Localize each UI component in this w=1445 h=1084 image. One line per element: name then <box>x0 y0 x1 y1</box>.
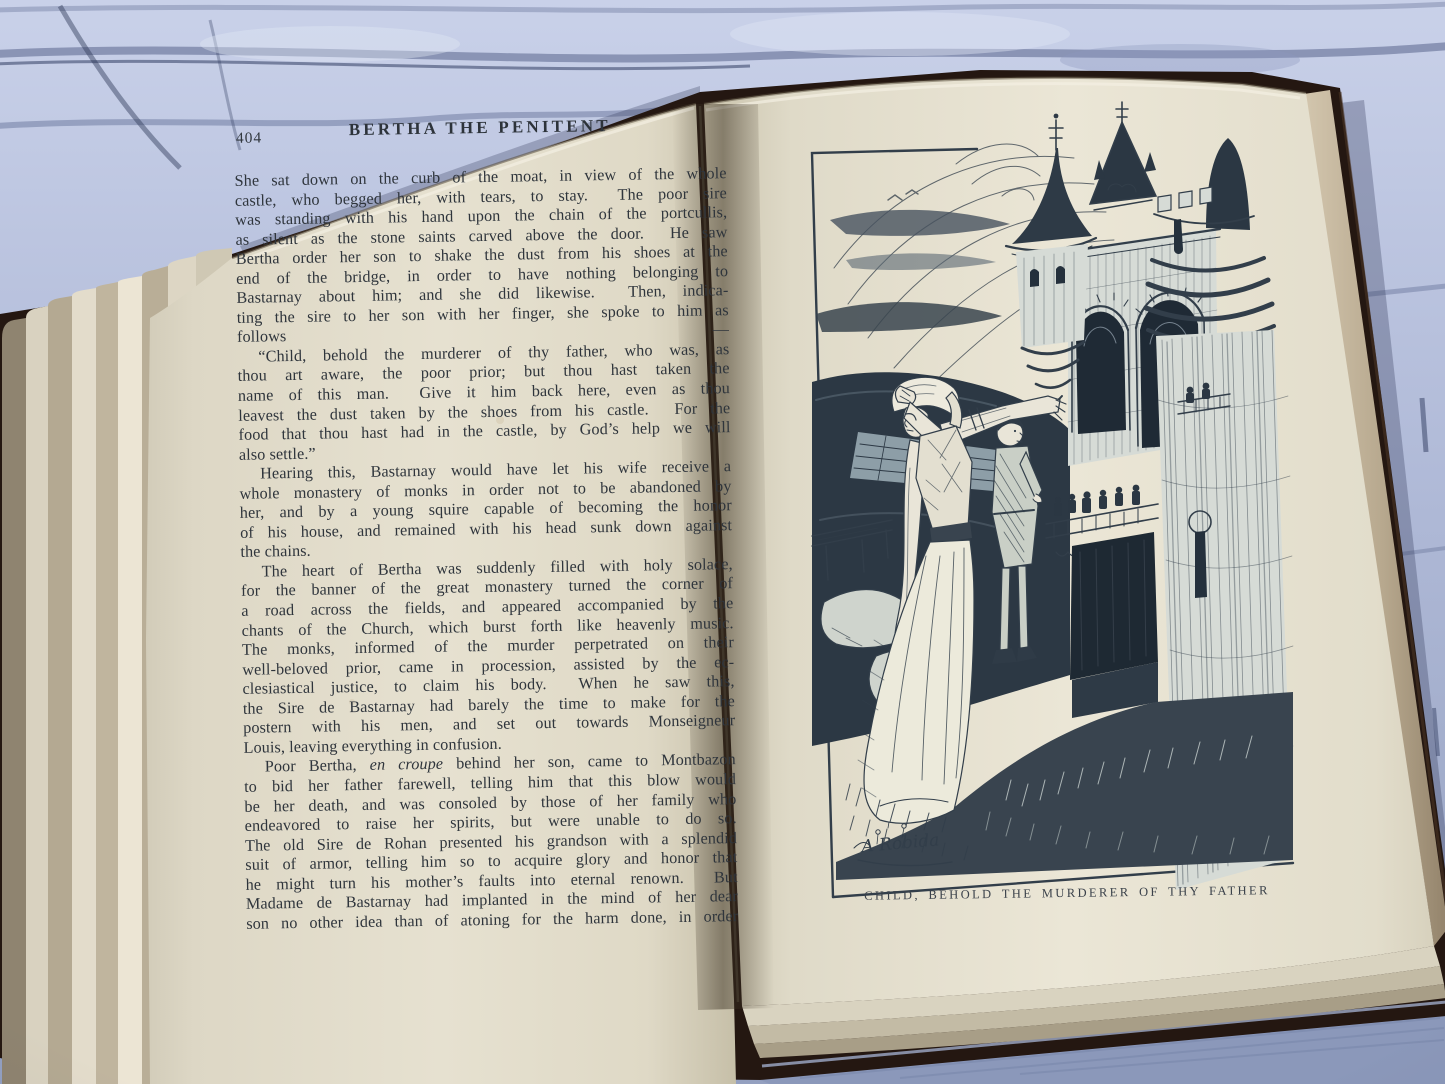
castle-illustration: A Robida <box>806 100 1298 910</box>
page-text: She sat down on the curb of the moat, in… <box>234 164 738 934</box>
book-photograph: 404 BERTHA THE PENITENT She sat down on … <box>0 0 1445 1084</box>
page-number: 404 <box>236 129 263 147</box>
storm-clouds <box>816 210 1010 332</box>
page-header: 404 BERTHA THE PENITENT <box>234 112 726 154</box>
left-page-content: 404 BERTHA THE PENITENT She sat down on … <box>234 112 739 934</box>
